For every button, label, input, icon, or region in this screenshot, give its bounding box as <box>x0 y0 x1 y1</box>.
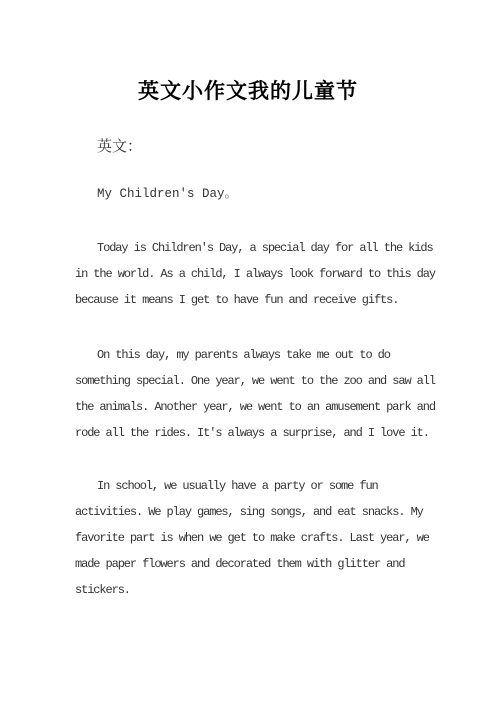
text-line: because it means I get to have fun and r… <box>75 287 471 313</box>
text-line: activities. We play games, sing songs, a… <box>75 499 471 525</box>
text-line: rode all the rides. It's always a surpri… <box>75 420 471 446</box>
text-line: made paper flowers and decorated them wi… <box>75 551 471 577</box>
text-line: something special. One year, we went to … <box>75 368 471 394</box>
essay-title: My Children's Day。 <box>75 181 493 207</box>
document-page: 英文小作文我的儿童节 英文： My Children's Day。 Today … <box>0 0 496 702</box>
text-line: the animals. Another year, we went to an… <box>75 394 471 420</box>
doc-title: 英文小作文我的儿童节 <box>0 78 496 106</box>
text-line: favorite part is when we get to make cra… <box>75 525 471 551</box>
text-line: in the world. As a child, I always look … <box>75 261 471 287</box>
text-line: Today is Children's Day, a special day f… <box>75 235 471 261</box>
text-line: In school, we usually have a party or so… <box>75 473 471 499</box>
paragraph-1: Today is Children's Day, a special day f… <box>75 235 471 313</box>
text-line: On this day, my parents always take me o… <box>75 342 471 368</box>
paragraph-2: On this day, my parents always take me o… <box>75 342 471 446</box>
paragraph-3: In school, we usually have a party or so… <box>75 473 471 603</box>
text-line: stickers. <box>75 577 471 603</box>
language-label: 英文： <box>75 134 493 160</box>
